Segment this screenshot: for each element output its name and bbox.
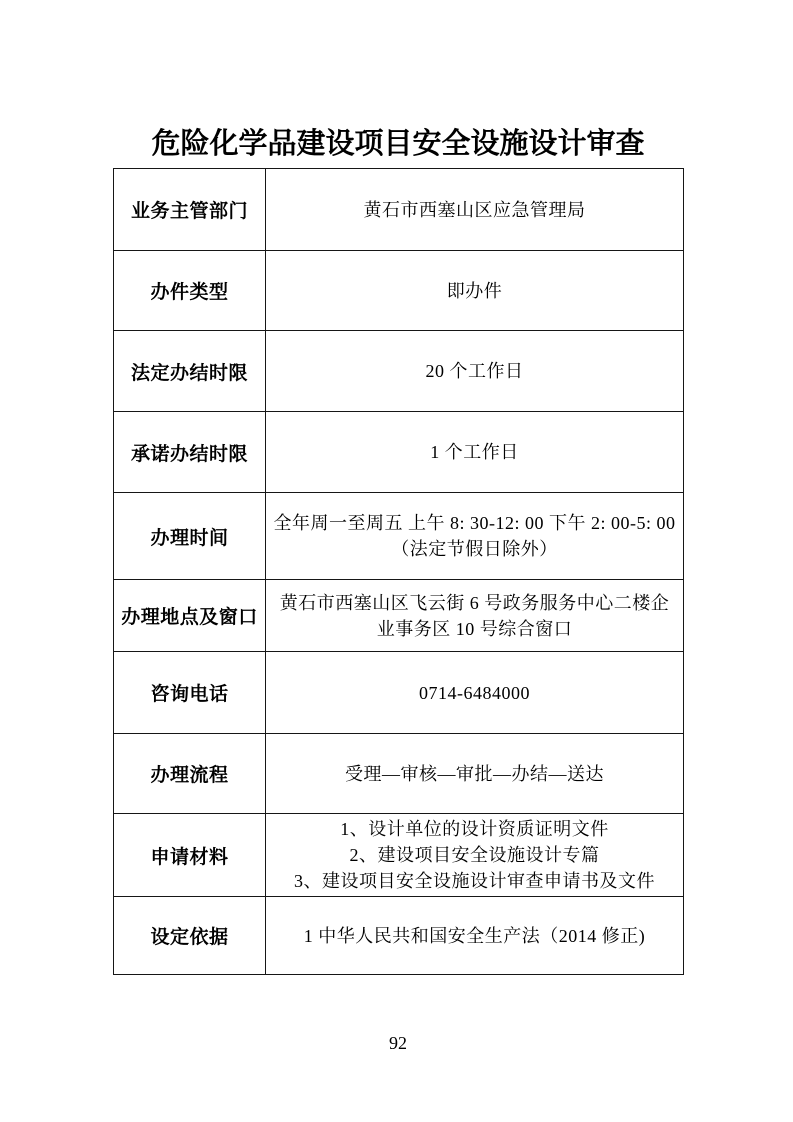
table-row: 设定依据1 中华人民共和国安全生产法（2014 修正) xyxy=(114,897,684,975)
table-row: 办理时间全年周一至周五 上午 8: 30-12: 00 下午 2: 00-5: … xyxy=(114,493,684,580)
row-content: 黄石市西塞山区飞云街 6 号政务服务中心二楼企业事务区 10 号综合窗口 xyxy=(266,580,684,652)
content-line: （法定节假日除外） xyxy=(270,536,679,562)
row-content: 1、设计单位的设计资质证明文件2、建设项目安全设施设计专篇3、建设项目安全设施设… xyxy=(266,814,684,897)
content-line: 1 个工作日 xyxy=(270,439,679,465)
row-content: 1 个工作日 xyxy=(266,412,684,493)
service-table-body: 业务主管部门黄石市西塞山区应急管理局办件类型即办件法定办结时限20 个工作日承诺… xyxy=(114,169,684,975)
content-line: 1、设计单位的设计资质证明文件 xyxy=(270,816,679,842)
table-row: 业务主管部门黄石市西塞山区应急管理局 xyxy=(114,169,684,251)
service-info-table: 业务主管部门黄石市西塞山区应急管理局办件类型即办件法定办结时限20 个工作日承诺… xyxy=(113,168,684,975)
row-label: 设定依据 xyxy=(114,897,266,975)
table-row: 办理地点及窗口黄石市西塞山区飞云街 6 号政务服务中心二楼企业事务区 10 号综… xyxy=(114,580,684,652)
table-row: 承诺办结时限1 个工作日 xyxy=(114,412,684,493)
content-line: 3、建设项目安全设施设计审查申请书及文件 xyxy=(270,868,679,894)
row-content: 全年周一至周五 上午 8: 30-12: 00 下午 2: 00-5: 00（法… xyxy=(266,493,684,580)
row-label: 办理地点及窗口 xyxy=(114,580,266,652)
document-page-content: 危险化学品建设项目安全设施设计审查 业务主管部门黄石市西塞山区应急管理局办件类型… xyxy=(113,0,683,1054)
table-row: 咨询电话0714-6484000 xyxy=(114,652,684,734)
row-content: 即办件 xyxy=(266,251,684,331)
row-content: 20 个工作日 xyxy=(266,331,684,412)
content-line: 业事务区 10 号综合窗口 xyxy=(270,616,679,642)
table-row: 申请材料1、设计单位的设计资质证明文件2、建设项目安全设施设计专篇3、建设项目安… xyxy=(114,814,684,897)
row-label: 申请材料 xyxy=(114,814,266,897)
row-label: 法定办结时限 xyxy=(114,331,266,412)
row-label: 办理时间 xyxy=(114,493,266,580)
content-line: 即办件 xyxy=(270,278,679,304)
row-label: 承诺办结时限 xyxy=(114,412,266,493)
row-label: 咨询电话 xyxy=(114,652,266,734)
row-content: 0714-6484000 xyxy=(266,652,684,734)
row-content: 1 中华人民共和国安全生产法（2014 修正) xyxy=(266,897,684,975)
row-label: 业务主管部门 xyxy=(114,169,266,251)
row-label: 办件类型 xyxy=(114,251,266,331)
row-label: 办理流程 xyxy=(114,734,266,814)
content-line: 2、建设项目安全设施设计专篇 xyxy=(270,842,679,868)
content-line: 20 个工作日 xyxy=(270,358,679,384)
table-row: 法定办结时限20 个工作日 xyxy=(114,331,684,412)
document-title: 危险化学品建设项目安全设施设计审查 xyxy=(113,124,683,164)
content-line: 1 中华人民共和国安全生产法（2014 修正) xyxy=(270,923,679,949)
page-number: 92 xyxy=(113,1033,683,1054)
content-line: 全年周一至周五 上午 8: 30-12: 00 下午 2: 00-5: 00 xyxy=(270,510,679,536)
table-row: 办理流程受理—审核—审批—办结—送达 xyxy=(114,734,684,814)
content-line: 黄石市西塞山区飞云街 6 号政务服务中心二楼企 xyxy=(270,590,679,616)
content-line: 黄石市西塞山区应急管理局 xyxy=(270,197,679,223)
row-content: 受理—审核—审批—办结—送达 xyxy=(266,734,684,814)
content-line: 0714-6484000 xyxy=(270,680,679,706)
row-content: 黄石市西塞山区应急管理局 xyxy=(266,169,684,251)
table-row: 办件类型即办件 xyxy=(114,251,684,331)
content-line: 受理—审核—审批—办结—送达 xyxy=(270,761,679,787)
